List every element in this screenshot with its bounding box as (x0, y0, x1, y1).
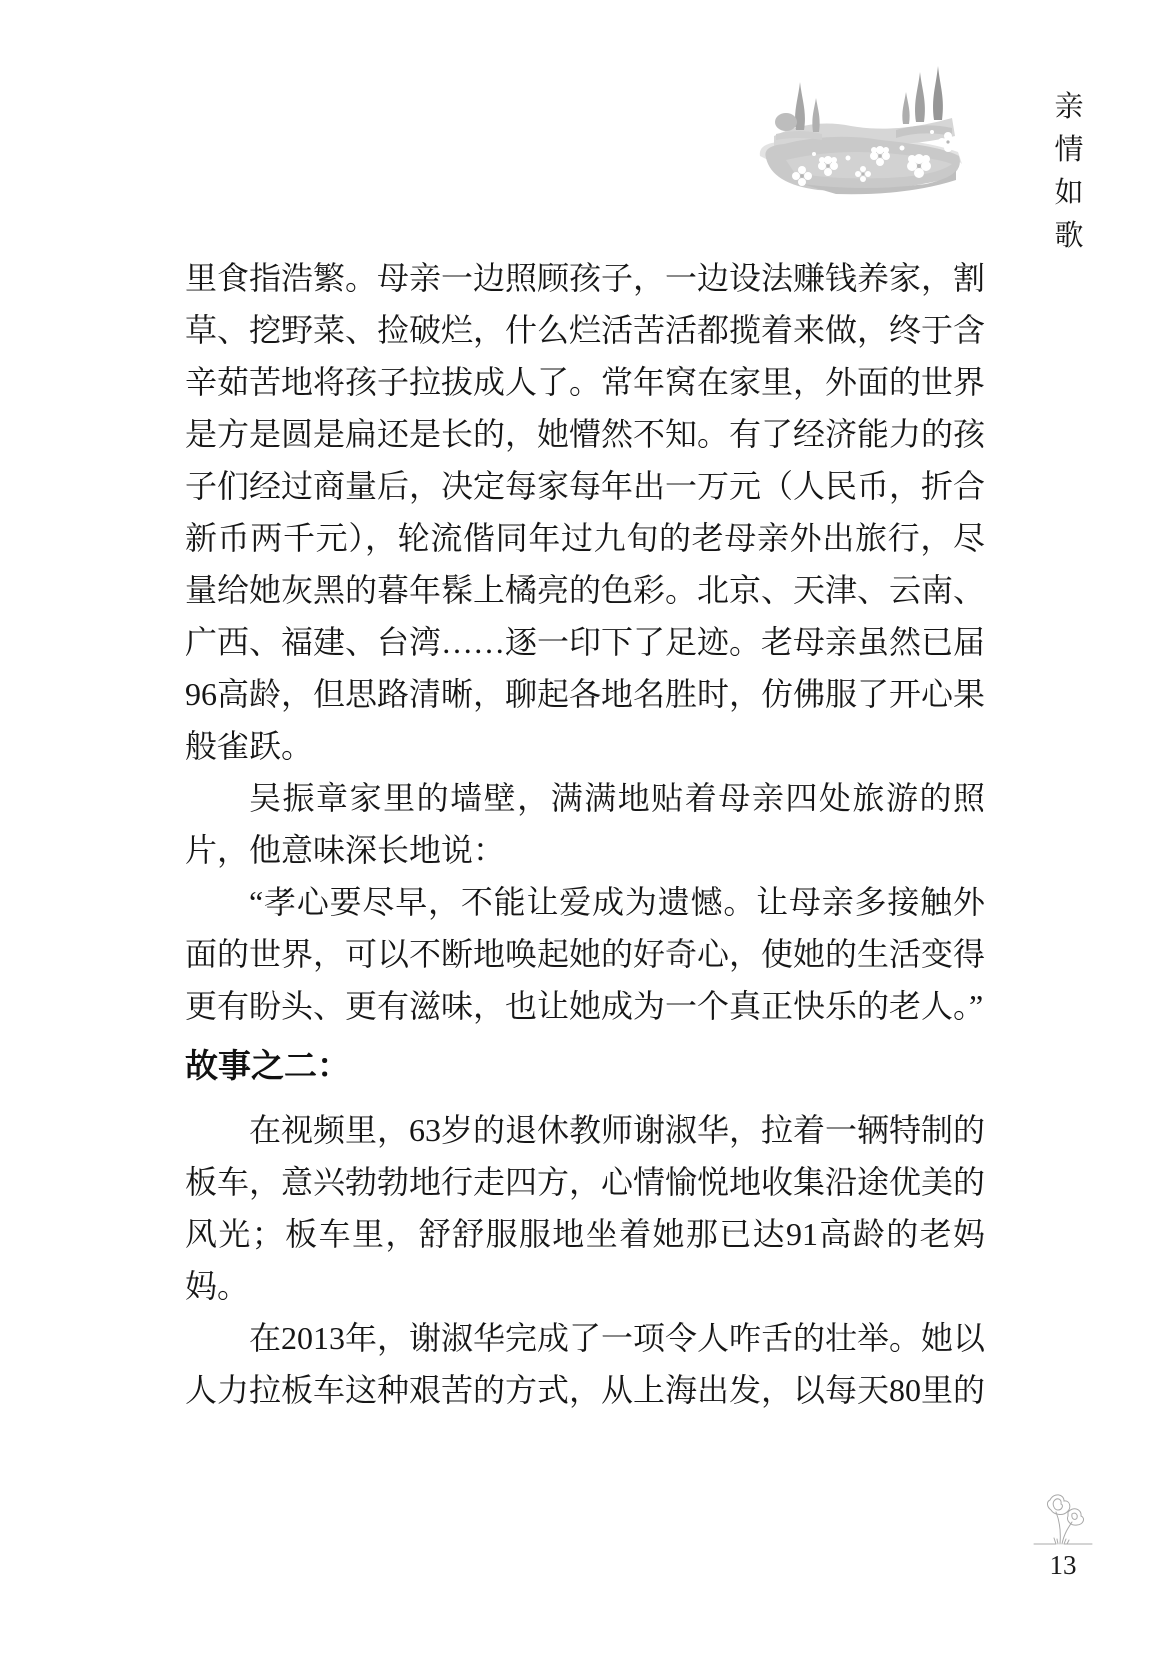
paragraph-quote: “孝心要尽早，不能让爱成为遗憾。让母亲多接触外面的世界，可以不断地唤起她的好奇心… (185, 876, 985, 1032)
paragraph: 在视频里，63岁的退休教师谢淑华，拉着一辆特制的板车，意兴勃勃地行走四方，心情愉… (185, 1104, 985, 1312)
paragraph-continuation: 里食指浩繁。母亲一边照顾孩子，一边设法赚钱养家，割草、挖野菜、捡破烂，什么烂活苦… (185, 252, 985, 772)
chapter-title-vertical: 亲 情 如 歌 (1053, 86, 1085, 258)
section-heading: 故事之二： (185, 1040, 985, 1092)
chapter-title-char: 亲 (1053, 86, 1085, 129)
paragraph: 在2013年，谢淑华完成了一项令人咋舌的壮举。她以人力拉板车这种艰苦的方式，从上… (185, 1312, 985, 1416)
book-page: 亲 情 如 歌 里食指浩繁。母亲一边照顾孩子，一边设法赚钱养家，割草、挖野菜、捡… (0, 0, 1166, 1654)
chapter-title-char: 歌 (1053, 215, 1085, 258)
chapter-title-char: 如 (1053, 172, 1085, 215)
page-number: 13 (1030, 1550, 1096, 1581)
body-text: 里食指浩繁。母亲一边照顾孩子，一边设法赚钱养家，割草、挖野菜、捡破烂，什么烂活苦… (185, 252, 985, 1416)
landscape-trees-flowers-illustration (756, 60, 968, 198)
paragraph: 吴振章家里的墙壁，满满地贴着母亲四处旅游的照片，他意味深长地说： (185, 772, 985, 876)
poppy-flower-line-art (1030, 1488, 1096, 1550)
chapter-title-char: 情 (1053, 129, 1085, 172)
